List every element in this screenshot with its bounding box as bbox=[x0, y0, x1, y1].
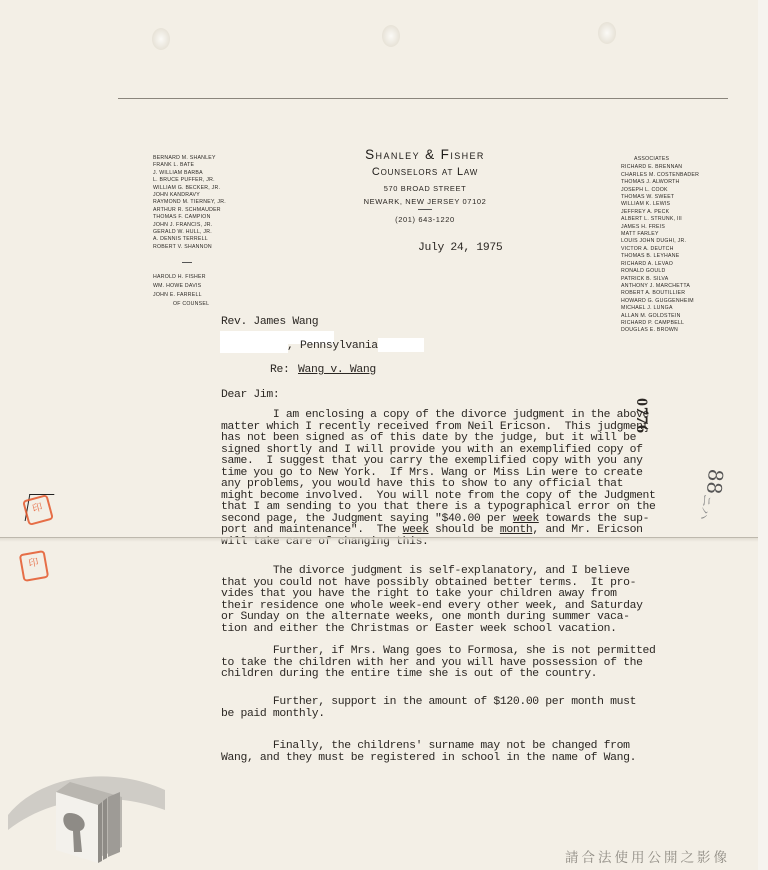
associate-name: Thomas J. Alworth bbox=[621, 179, 699, 186]
recipient-state: , Pennsylvania bbox=[287, 341, 378, 353]
partner-name: Robert V. Shannon bbox=[153, 244, 226, 251]
associate-name: Joseph L. Cook bbox=[621, 187, 699, 194]
redaction-block bbox=[378, 338, 424, 352]
letter-line: any problems, you would have this to sho… bbox=[221, 479, 623, 491]
firm-city: NEWARK, NEW JERSEY 07102 bbox=[330, 197, 520, 206]
letter-line: port and maintenance". The week should b… bbox=[221, 525, 643, 537]
associate-name: Thomas W. Sweet bbox=[621, 194, 699, 201]
partner-name: Gerald W. Hull, Jr. bbox=[153, 229, 226, 236]
associate-name: James H. Freis bbox=[621, 224, 699, 231]
letter-line: children during the entire time she is o… bbox=[221, 669, 597, 681]
partner-name: Frank L. Bate bbox=[153, 162, 226, 169]
letter-date: July 24, 1975 bbox=[418, 243, 502, 255]
firm-name: Shanley & Fisher bbox=[330, 147, 520, 162]
handwritten-note: 88 bbox=[702, 468, 728, 495]
firm-phone: (201) 643-1220 bbox=[330, 215, 520, 224]
staple-hole bbox=[152, 28, 170, 50]
staple-hole bbox=[598, 22, 616, 44]
letter-line: or Sunday on the alternate weeks, one mo… bbox=[221, 612, 630, 624]
partner-name: Bernard M. Shanley bbox=[153, 155, 226, 162]
partner-name: A. Dennis Terrell bbox=[153, 236, 226, 243]
firm-street: 570 BROAD STREET bbox=[330, 184, 520, 193]
letterhead-rule bbox=[418, 209, 432, 210]
letter-line: same. I suggest that you carry the exemp… bbox=[221, 456, 643, 468]
associate-name: Albert L. Strunk, III bbox=[621, 216, 699, 223]
associate-name: Richard E. Brennan bbox=[621, 164, 699, 171]
letter-line: Further, if Mrs. Wang goes to Formosa, s… bbox=[221, 646, 656, 658]
associates-header: Associates bbox=[621, 156, 699, 163]
associate-name: Jeffrey A. Peck bbox=[621, 209, 699, 216]
partner-name: Arthur R. Schmauder bbox=[153, 207, 226, 214]
of-counsel-name: Harold H. Fisher bbox=[153, 273, 209, 282]
salutation: Dear Jim: bbox=[221, 390, 279, 402]
document-number: 0776 bbox=[632, 398, 650, 434]
associate-name: Allan M. Goldstein bbox=[621, 313, 699, 320]
scan-edge bbox=[758, 0, 768, 870]
of-counsel-name: Wm. Howe Davis bbox=[153, 282, 209, 291]
letter-line: The divorce judgment is self-explanatory… bbox=[221, 566, 630, 578]
letter-line: vides that you have the right to take yo… bbox=[221, 589, 617, 601]
associate-name: Anthony J. Marchetta bbox=[621, 283, 699, 290]
associate-name: Douglas E. Brown bbox=[621, 327, 699, 334]
watermark-text: 請合法使用公開之影像 bbox=[565, 846, 730, 866]
letter-line: Finally, the childrens' surname may not … bbox=[221, 741, 630, 753]
associates-list: Associates Richard E. BrennanCharles M. … bbox=[621, 156, 699, 335]
staple-hole bbox=[382, 25, 400, 47]
associate-name: Ronald Gould bbox=[621, 268, 699, 275]
partner-name: John J. Francis, Jr. bbox=[153, 222, 226, 229]
of-counsel-list: Harold H. FisherWm. Howe DavisJohn E. Fa… bbox=[153, 273, 209, 309]
letter-line: Wang, and they must be registered in sch… bbox=[221, 753, 636, 765]
letter-line: that I am sending to you that there is a… bbox=[221, 502, 656, 514]
associate-name: Robert A. Boutillier bbox=[621, 290, 699, 297]
associate-name: Richard P. Campbell bbox=[621, 320, 699, 327]
associate-name: Richard A. Levao bbox=[621, 261, 699, 268]
letter-line: Further, support in the amount of $120.0… bbox=[221, 697, 636, 709]
associate-name: Howard G. Guggenheim bbox=[621, 298, 699, 305]
letter-line: be paid monthly. bbox=[221, 709, 325, 721]
letter-page-edge bbox=[118, 98, 728, 99]
firm-subtitle: Counselors at Law bbox=[330, 166, 520, 178]
red-seal-stamp: 印 bbox=[19, 550, 49, 582]
partner-name: L. Bruce Puffer, Jr. bbox=[153, 177, 226, 184]
re-value: Wang v. Wang bbox=[298, 365, 376, 377]
partners-divider bbox=[182, 262, 192, 263]
partner-name: William G. Becker, Jr. bbox=[153, 185, 226, 192]
associate-name: Michael J. Lunga bbox=[621, 305, 699, 312]
associate-name: Patrick B. Silva bbox=[621, 276, 699, 283]
re-label: Re: bbox=[270, 365, 289, 377]
letter-line: has not been signed as of this date by t… bbox=[221, 433, 636, 445]
letter-line: tion and either the Christmas or Easter … bbox=[221, 624, 617, 636]
partner-name: John Kandravy bbox=[153, 192, 226, 199]
partner-name: Raymond M. Tierney, Jr. bbox=[153, 199, 226, 206]
archive-logo-icon bbox=[0, 735, 170, 870]
redaction-block bbox=[220, 339, 288, 353]
associate-name: William K. Lewis bbox=[621, 201, 699, 208]
partner-name: J. William Barba bbox=[153, 170, 226, 177]
partners-list: Bernard M. ShanleyFrank L. BateJ. Willia… bbox=[153, 155, 226, 251]
associate-name: Thomas B. Leyhane bbox=[621, 253, 699, 260]
associate-name: Matt Farley bbox=[621, 231, 699, 238]
of-counsel-name: John E. Farrell bbox=[153, 291, 209, 300]
fold-shadow bbox=[0, 538, 758, 542]
associate-name: Louis John Dughi, Jr. bbox=[621, 238, 699, 245]
partner-name: Thomas F. Campion bbox=[153, 214, 226, 221]
recipient-name: Rev. James Wang bbox=[221, 317, 318, 329]
associate-name: Charles M. Costenbader bbox=[621, 172, 699, 179]
of-counsel-label: Of Counsel bbox=[153, 300, 209, 309]
letter-line: I am enclosing a copy of the divorce jud… bbox=[221, 410, 649, 422]
associate-name: Victor A. Deutch bbox=[621, 246, 699, 253]
